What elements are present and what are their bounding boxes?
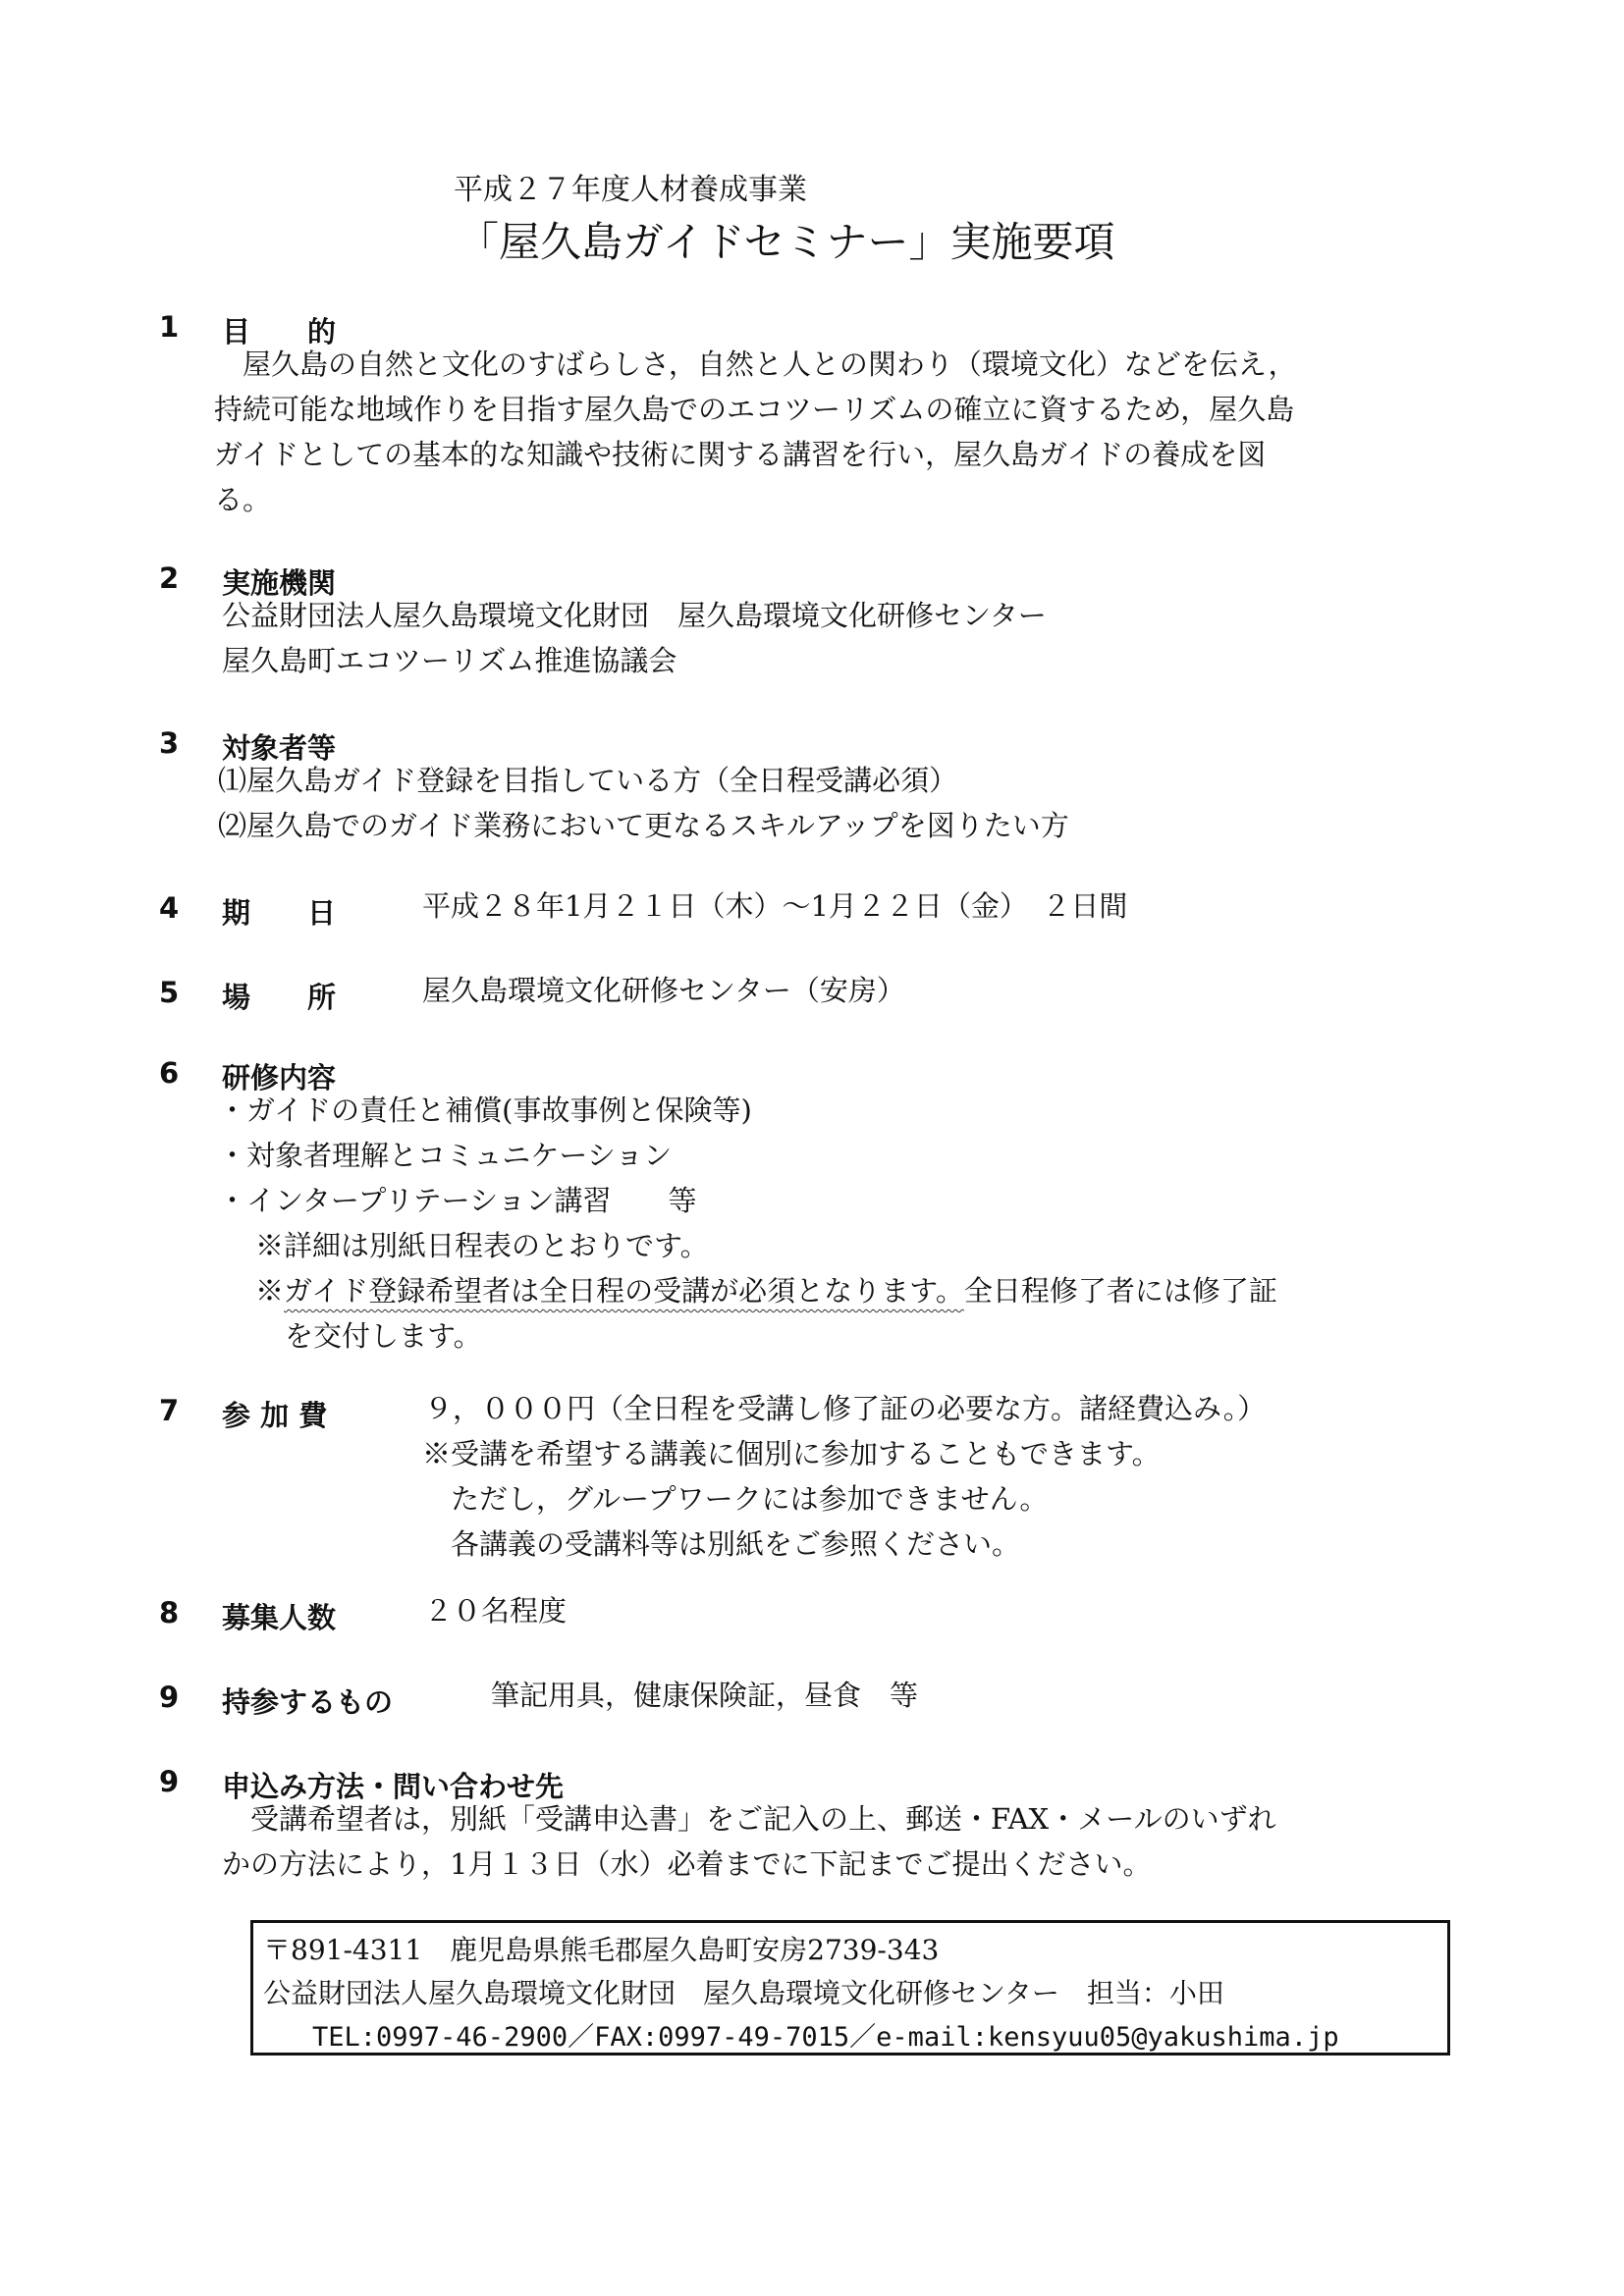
section-number: 4 [159,891,179,925]
document-title: 「屋久島ガイドセミナー」実施要項 [458,210,1114,269]
note-marker: ※ [255,1274,284,1308]
content-bullet: ・対象者理解とコミュニケーション [218,1133,672,1179]
content-note: ※詳細は別紙日程表のとおりです。 [255,1223,709,1269]
fee-value: ９，０００円（全日程を受講し修了証の必要な方。諸経費込み。） [424,1386,1266,1432]
organizer-line: 公益財団法人屋久島環境文化財団 屋久島環境文化研修センター [222,593,1047,639]
section-number: 8 [159,1596,179,1629]
paragraph-line: る。 [214,477,271,523]
section-label: 参 加 費 [222,1394,327,1434]
section-number: 6 [159,1056,179,1090]
venue-value: 屋久島環境文化研修センター（安房） [422,968,905,1014]
paragraph-line: ガイドとしての基本的な知識や技術に関する講習を行い，屋久島ガイドの養成を図 [214,432,1266,478]
section-number: 3 [159,726,179,760]
application-line: 受講希望者は，別紙「受講申込書」をご記入の上、郵送・FAX・メールのいずれ [222,1796,1276,1842]
fee-note: ※受講を希望する講義に個別に参加することもできます。 [422,1431,1161,1477]
section-number: 9 [159,1681,179,1714]
content-note-continuation: を交付します。 [285,1313,482,1360]
contact-organization: 公益財団法人屋久島環境文化財団 屋久島環境文化研修センター 担当：小田 [263,1972,1224,2011]
content-note-required: ※ガイド登録希望者は全日程の受講が必須となります。全日程修了者には修了証 [255,1268,1277,1314]
contact-details: TEL:0997-46-2900／FAX:0997-49-7015／e-mail… [312,2015,1339,2054]
fee-note: 各講義の受講料等は別紙をご参照ください。 [422,1522,1020,1568]
content-bullet: ・ガイドの責任と補償(事故事例と保険等) [218,1088,752,1134]
capacity-value: ２０名程度 [424,1588,567,1634]
section-label: 募集人数 [222,1596,336,1636]
application-line: かの方法により，1月１３日（水）必着までに下記までご提出ください。 [222,1842,1151,1888]
contact-box: 〒891-4311 鹿児島県熊毛郡屋久島町安房2739-343 公益財団法人屋久… [250,1920,1450,2056]
eligibility-item: ⑴屋久島ガイド登録を目指している方（全日程受講必須） [218,758,957,804]
note-rest-text: 全日程修了者には修了証 [964,1274,1277,1308]
section-number: 7 [159,1394,179,1427]
paragraph-line: 屋久島の自然と文化のすばらしさ，自然と人との関わり（環境文化）などを伝え， [214,342,1297,388]
eligibility-item: ⑵屋久島でのガイド業務において更なるスキルアップを図りたい方 [218,803,1069,849]
paragraph-line: 持続可能な地域作りを目指す屋久島でのエコツーリズムの確立に資するため，屋久島 [214,387,1294,433]
section-label: 場 所 [222,976,336,1016]
section-label: 持参するもの [222,1681,393,1721]
document-subtitle: 平成２７年度人材養成事業 [454,165,807,208]
organizer-line: 屋久島町エコツーリズム推進協議会 [222,638,677,684]
content-bullet: ・インタープリテーション講習 等 [218,1178,697,1224]
section-label: 期 日 [222,891,336,932]
fee-note: ただし，グループワークには参加できません。 [422,1476,1048,1522]
note-underlined-text: ガイド登録希望者は全日程の受講が必須となります。 [284,1274,964,1308]
contact-address: 〒891-4311 鹿児島県熊毛郡屋久島町安房2739-343 [263,1929,939,1968]
section-number: 9 [159,1765,179,1798]
section-number: 5 [159,976,179,1009]
items-value: 筆記用具，健康保険証，昼食 等 [491,1673,918,1719]
section-number: 2 [159,561,179,595]
dates-value: 平成２８年1月２１日（木）～1月２２日（金） ２日間 [422,883,1127,930]
section-number: 1 [159,310,179,344]
